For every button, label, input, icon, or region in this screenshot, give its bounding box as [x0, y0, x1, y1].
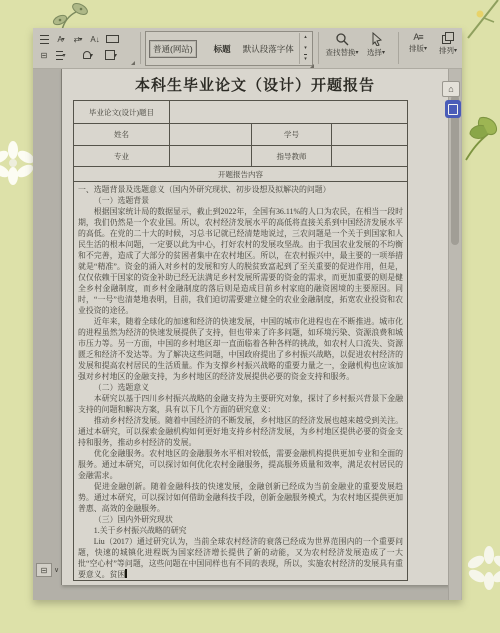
- toolbar-separator: [318, 32, 319, 64]
- note-icon: ⊟: [36, 563, 52, 577]
- topic-label: 毕业论文(设计)题目: [74, 101, 170, 124]
- paragraph: 近年来，随着全球化的加速和经济的快速发展，中国的城市化进程也在不断推进。城市化的…: [78, 316, 403, 382]
- bullet-list-icon[interactable]: ▾: [53, 48, 69, 62]
- chevron-down-icon: ▾: [90, 52, 93, 59]
- paragraph-tools-group: A▾ ⇄▾ A↓ ⊟ ▾ ▾ ▾: [36, 31, 137, 65]
- gallery-scroll-down-icon[interactable]: ▾: [304, 44, 307, 53]
- text-effect-icon[interactable]: A▾: [53, 32, 69, 46]
- advisor-label: 指导教师: [252, 146, 332, 167]
- arrange-label: 排列: [439, 45, 454, 56]
- box-glyph: [106, 35, 119, 43]
- layout-icon: A≡: [413, 32, 422, 42]
- report-body-cell[interactable]: 一、选题背景及选题意义（国内外研究现状、初步设想及拟解决的问题） （一）选题背景…: [74, 182, 408, 581]
- table-row: 一、选题背景及选题意义（国内外研究现状、初步设想及拟解决的问题） （一）选题背景…: [74, 182, 408, 581]
- chevron-down-icon: ▾: [79, 36, 82, 43]
- sort-glyph: A↓: [90, 35, 99, 44]
- table-row: 姓名 学号: [74, 124, 408, 146]
- chevron-down-icon: ▾: [114, 52, 117, 59]
- gallery-more-icon[interactable]: ▾: [304, 54, 307, 64]
- major-label: 专业: [74, 146, 170, 167]
- table-row: 毕业论文(设计)题目: [74, 101, 408, 124]
- flower-decoration-left: [0, 140, 34, 186]
- topic-value-cell[interactable]: [170, 101, 408, 124]
- distribute-text-icon[interactable]: [36, 32, 52, 46]
- chevron-down-icon: ▾: [62, 52, 65, 59]
- styles-dialog-launcher-icon[interactable]: [310, 64, 314, 68]
- ribbon-toolbar: A▾ ⇄▾ A↓ ⊟ ▾ ▾ ▾ 普通(网站) 标题 默认段落字体 ▴ ▾ ▾: [33, 28, 462, 69]
- margin-note-marker[interactable]: ⊟ ∨: [36, 563, 59, 577]
- text-cursor: [125, 569, 127, 578]
- subsection-heading: （一）选题背景: [78, 195, 403, 206]
- chevron-down-icon: ▾: [382, 49, 385, 56]
- paragraph: 根据国家统计局的数据显示，截止到2022年，全国有36.11%的人口为农民，在相…: [78, 206, 403, 316]
- chevron-down-icon: ▾: [355, 49, 358, 56]
- chevron-down-icon: ∨: [54, 566, 59, 574]
- arrange-button[interactable]: 排列▾: [435, 32, 461, 56]
- paragraph: 促进金融创新。随着金融科技的快速发展，金融创新已经成为当前金融业的重要发展趋势。…: [78, 481, 403, 514]
- layout-label: 排版: [409, 43, 424, 54]
- chevron-down-icon: ▾: [424, 45, 427, 52]
- list-heading: 1.关于乡村振兴战略的研究: [78, 525, 403, 536]
- paragraph: 优化金融服务。农村地区的金融服务水平相对较低，需要金融机构提供更加专业和全面的服…: [78, 448, 403, 481]
- shading-icon[interactable]: ▾: [80, 48, 96, 62]
- name-value-cell[interactable]: [170, 124, 252, 146]
- section-heading: 一、选题背景及选题意义（国内外研究现状、初步设想及拟解决的问题）: [78, 184, 403, 195]
- home-icon: ⌂: [448, 84, 453, 94]
- subsection-heading: （三）国内外研究现状: [78, 514, 403, 525]
- border-icon[interactable]: ▾: [103, 48, 119, 62]
- select-label: 选择: [367, 47, 382, 58]
- toolbar-separator: [140, 32, 141, 64]
- page-setup-icon[interactable]: ⊟: [36, 48, 52, 62]
- subsection-heading: （二）选题意义: [78, 382, 403, 393]
- arrange-icon: [442, 32, 454, 44]
- text-direction-icon[interactable]: ⇄▾: [70, 32, 86, 46]
- paragraph: 推动乡村经济发展。随着中国经济的不断发展，乡村地区的经济发展也越来越受到关注。通…: [78, 415, 403, 448]
- paragraph: Liu（2017）通过研究认为，当前全球农村经济的衰落已经成为世界范围内的一个重…: [78, 536, 403, 580]
- thesis-info-table: 毕业论文(设计)题目 姓名 学号 专业 指导教师 开题报告内容: [73, 100, 408, 581]
- document-page[interactable]: 本科生毕业论文（设计）开题报告 毕业论文(设计)题目 姓名 学号 专业 指导教师: [61, 69, 449, 585]
- document-title: 本科生毕业论文（设计）开题报告: [62, 74, 448, 95]
- boxed-minus-glyph: ⊟: [41, 51, 48, 60]
- style-normal-website[interactable]: 普通(网站): [149, 40, 197, 58]
- word-processor-window: A▾ ⇄▾ A↓ ⊟ ▾ ▾ ▾ 普通(网站) 标题 默认段落字体 ▴ ▾ ▾: [33, 28, 462, 600]
- back-to-top-button[interactable]: ⌂: [442, 81, 460, 97]
- advisor-value-cell[interactable]: [332, 146, 408, 167]
- style-title[interactable]: 标题: [211, 41, 234, 57]
- lines-glyph: [40, 35, 49, 44]
- find-replace-button[interactable]: 查找替换▾: [325, 32, 359, 58]
- paragraph: 本研究以基于四川乡村振兴战略的金融支持为主要研究对象，探讨了乡村振兴背景下金融支…: [78, 393, 403, 415]
- toolbar-separator: [398, 32, 399, 64]
- search-icon: [335, 32, 349, 46]
- content-header: 开题报告内容: [74, 167, 408, 182]
- side-widget-button[interactable]: [445, 100, 461, 118]
- find-replace-label: 查找替换: [325, 47, 355, 58]
- table-row: 开题报告内容: [74, 167, 408, 182]
- sort-icon[interactable]: A↓: [87, 32, 103, 46]
- style-gallery: 普通(网站) 标题 默认段落字体 ▴ ▾ ▾: [145, 31, 313, 66]
- document-workspace: 本科生毕业论文（设计）开题报告 毕业论文(设计)题目 姓名 学号 专业 指导教师: [33, 69, 462, 600]
- student-id-label: 学号: [252, 124, 332, 146]
- style-gallery-scroll: ▴ ▾ ▾: [299, 33, 311, 64]
- major-value-cell[interactable]: [170, 146, 252, 167]
- vertical-scrollbar[interactable]: [448, 69, 461, 600]
- chevron-down-icon: ▾: [62, 36, 65, 43]
- fit-width-icon[interactable]: [104, 32, 120, 46]
- layout-button[interactable]: A≡ 排版▾: [405, 32, 431, 54]
- gallery-scroll-up-icon[interactable]: ▴: [304, 33, 307, 42]
- name-label: 姓名: [74, 124, 170, 146]
- table-row: 专业 指导教师: [74, 146, 408, 167]
- plugin-icon: [448, 104, 458, 115]
- paragraph-dialog-launcher-icon[interactable]: [131, 61, 135, 65]
- flower-decoration-bottom-right: [468, 545, 500, 591]
- chevron-down-icon: ▾: [454, 47, 457, 54]
- select-button[interactable]: 选择▾: [363, 32, 389, 58]
- cursor-icon: [370, 32, 383, 46]
- style-default-paragraph-font[interactable]: 默认段落字体: [240, 41, 297, 57]
- student-id-value-cell[interactable]: [332, 124, 408, 146]
